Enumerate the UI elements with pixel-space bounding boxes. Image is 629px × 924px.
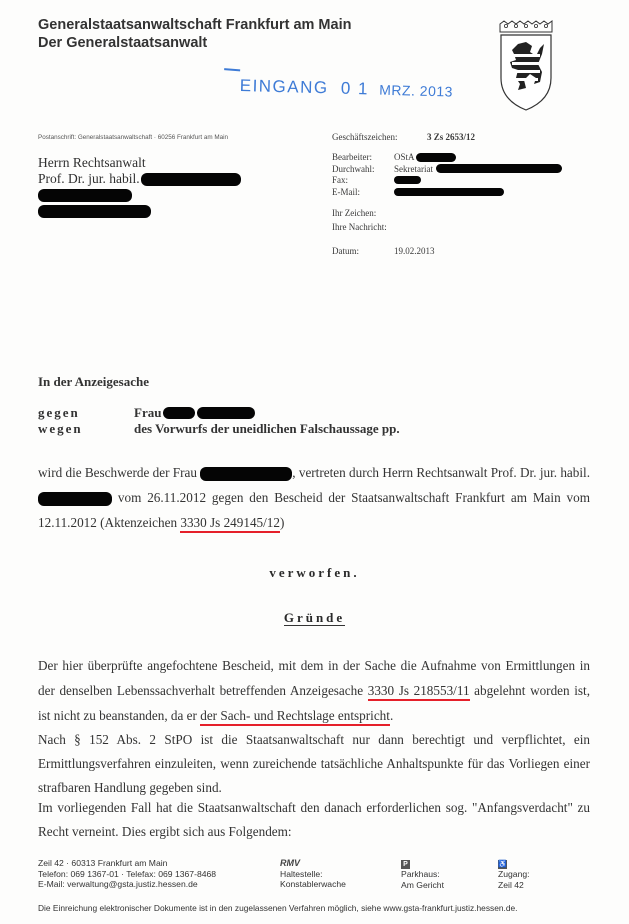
reference-block: Geschäftszeichen: 3 Zs 2653/12 Bearbeite…	[332, 131, 562, 257]
postal-address-line: Postanschrift: Generalstaatsanwaltschaft…	[38, 134, 228, 141]
regarding-row: wegen des Vorwurfs der uneidlichen Falsc…	[38, 421, 400, 437]
redaction	[163, 407, 195, 419]
recipient-line-4	[38, 203, 241, 219]
parking-label: Parkhaus:	[401, 869, 444, 880]
redaction	[416, 153, 456, 162]
electronic-submission-notice: Die Einreichung elektronischer Dokumente…	[38, 903, 518, 913]
redaction	[197, 407, 255, 419]
redaction	[200, 467, 292, 481]
footer-contact: Zeil 42 · 60313 Frankfurt am Main Telefo…	[38, 858, 216, 890]
rmv-logo-icon: RMV	[280, 858, 300, 869]
redaction	[38, 189, 132, 202]
footer: Zeil 42 · 60313 Frankfurt am Main Telefo…	[38, 858, 598, 898]
clerk-value: OStA	[394, 152, 415, 162]
decision-paragraph: wird die Beschwerde der Frau , vertreten…	[38, 460, 590, 535]
case-heading: In der Anzeigesache	[38, 374, 149, 390]
date-row: Datum: 19.02.2013	[332, 246, 562, 258]
file-number-value: 3 Zs 2653/12	[427, 132, 475, 142]
your-msg-row: Ihre Nachricht:	[332, 221, 562, 233]
recipient-line-2: Prof. Dr. jur. habil.	[38, 171, 241, 187]
highlighted-file-reference: 3330 Js 218553/11	[368, 683, 470, 701]
reasons-paragraph-2: Nach § 152 Abs. 2 StPO ist die Staatsanw…	[38, 728, 590, 800]
redaction	[394, 188, 504, 196]
clerk-label: Bearbeiter:	[332, 152, 394, 162]
date-value: 19.02.2013	[394, 246, 435, 256]
recipient-line-3	[38, 187, 241, 203]
redaction	[394, 176, 421, 184]
reasons-paragraph-1: Der hier überprüfte angefochtene Beschei…	[38, 653, 590, 728]
stop-value: Konstablerwache	[280, 879, 346, 890]
footer-transit: RMV Haltestelle: Konstablerwache	[280, 858, 346, 890]
against-label: gegen	[38, 405, 134, 421]
file-number-label: Geschäftszeichen:	[332, 132, 427, 142]
clerk-row: Bearbeiter: OStA	[332, 152, 562, 164]
footer-parking: P Parkhaus: Am Gericht	[401, 858, 444, 890]
redaction	[38, 492, 112, 506]
phone-value: Sekretariat	[394, 164, 433, 174]
stamp-label: EINGANG	[240, 76, 329, 97]
regarding-label: wegen	[38, 421, 134, 437]
parties-block: gegen Frau wegen des Vorwurfs der uneidl…	[38, 405, 400, 437]
highlighted-phrase: der Sach- und Rechtslage entspricht	[200, 708, 390, 726]
parking-icon: P	[401, 860, 410, 869]
date-label: Datum:	[332, 246, 394, 256]
decision-verdict: verworfen.	[0, 565, 629, 581]
access-value: Zeil 42	[498, 880, 530, 891]
recipient-block: Herrn Rechtsanwalt Prof. Dr. jur. habil.	[38, 155, 241, 219]
reasons-paragraph-3: Im vorliegenden Fall hat die Staatsanwal…	[38, 796, 590, 844]
redaction	[436, 164, 562, 173]
reasons-heading: Gründe	[0, 610, 629, 626]
phone-row: Durchwahl: Sekretariat	[332, 163, 562, 175]
letterhead: Generalstaatsanwaltschaft Frankfurt am M…	[38, 16, 351, 52]
footer-email: E-Mail: verwaltung@gsta.justiz.hessen.de	[38, 879, 216, 890]
email-label: E-Mail:	[332, 187, 394, 197]
your-ref-row: Ihr Zeichen:	[332, 208, 562, 220]
highlighted-file-reference: 3330 Js 249145/12	[180, 515, 280, 533]
file-number-row: Geschäftszeichen: 3 Zs 2653/12	[332, 131, 562, 143]
stamp-month-year: MRZ. 2013	[379, 82, 453, 100]
regarding-value: des Vorwurfs der uneidlichen Falschaussa…	[134, 421, 400, 437]
footer-phone: Telefon: 069 1367-01 · Telefax: 069 1367…	[38, 869, 216, 880]
footer-access: ♿ Zugang: Zeil 42	[498, 858, 530, 890]
authority-name: Generalstaatsanwaltschaft Frankfurt am M…	[38, 16, 351, 34]
received-stamp: EINGANG 0 1 MRZ. 2013	[239, 76, 453, 102]
phone-label: Durchwahl:	[332, 164, 394, 174]
against-value: Frau	[134, 405, 161, 421]
wheelchair-icon: ♿	[498, 860, 507, 869]
footer-address: Zeil 42 · 60313 Frankfurt am Main	[38, 858, 216, 869]
against-row: gegen Frau	[38, 405, 400, 421]
access-label: Zugang:	[498, 869, 530, 880]
your-ref-label: Ihr Zeichen:	[332, 208, 376, 218]
redaction	[141, 173, 241, 186]
hessen-coat-of-arms-icon	[496, 20, 556, 112]
fax-row: Fax:	[332, 175, 562, 187]
redaction	[38, 205, 151, 218]
your-msg-label: Ihre Nachricht:	[332, 222, 387, 232]
fax-label: Fax:	[332, 175, 394, 185]
stop-label: Haltestelle:	[280, 869, 346, 880]
parking-value: Am Gericht	[401, 880, 444, 891]
stamp-dash	[224, 68, 240, 71]
stamp-day: 0 1	[341, 79, 370, 99]
official-title: Der Generalstaatsanwalt	[38, 34, 351, 52]
recipient-line-1: Herrn Rechtsanwalt	[38, 155, 241, 171]
email-row: E-Mail:	[332, 186, 562, 198]
